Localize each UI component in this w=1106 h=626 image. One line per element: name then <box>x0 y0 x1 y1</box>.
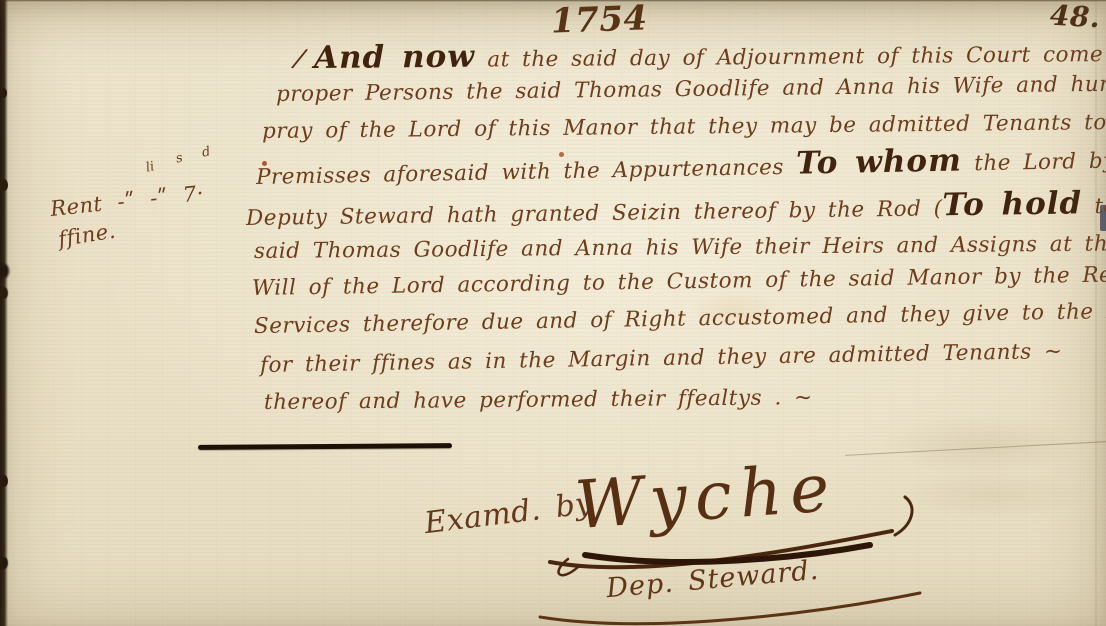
manuscript-page: { "page": { "year": "1754", "page_number… <box>0 0 1106 626</box>
ink-rule <box>198 443 452 450</box>
margin-currency-shillings: s <box>175 150 185 166</box>
line-text: pray of the Lord of this Manor that they… <box>262 109 1106 144</box>
manuscript-line: Deputy Steward hath granted Seizin there… <box>246 184 1106 233</box>
margin-rent-entry: Rent -ʺ -ʺ 7· <box>49 181 205 221</box>
year-heading: 1754 <box>550 0 648 42</box>
line-text: to the ~ <box>1082 193 1106 220</box>
line-text: Services therefore due and of Right accu… <box>254 298 1106 339</box>
margin-currency-pence: d <box>201 144 212 160</box>
rent-label: Rent <box>49 192 103 221</box>
margin-currency-pounds: li <box>145 159 156 175</box>
manuscript-line: thereof and have performed their ffealty… <box>264 385 813 415</box>
bleed-through-ghost <box>880 415 1090 475</box>
page-number: 48. <box>1049 0 1101 34</box>
emphasis-and-now: And now <box>314 39 475 76</box>
margin-fine-entry: ffine. <box>56 219 117 252</box>
manuscript-line: for their ffines as in the Margin and th… <box>260 339 1063 378</box>
manuscript-line: And now at the said day of Adjournment o… <box>314 32 1106 76</box>
line-text: Premisses aforesaid with the Appurtenanc… <box>256 155 797 190</box>
flourish-title-underline <box>540 593 920 624</box>
line-text: Will of the Lord according to the Custom… <box>252 261 1106 301</box>
bleed-through-ghost <box>900 470 1090 520</box>
flourish-heavy-stroke <box>585 545 870 562</box>
rent-value: -ʺ -ʺ 7· <box>116 181 205 214</box>
flourish-tail <box>895 497 912 535</box>
line-text: thereof and have performed their ffealty… <box>264 385 813 415</box>
line-text: at the said day of Adjournment of this C… <box>475 41 1106 73</box>
line-text: proper Persons the said Thomas Goodlife … <box>276 71 1106 107</box>
line-text: Deputy Steward hath granted Seizin there… <box>246 196 943 231</box>
manuscript-line: Will of the Lord according to the Custom… <box>252 261 1106 301</box>
signature-title: Dep. Steward. <box>605 555 820 604</box>
emphasis-to-hold: To hold <box>942 185 1082 223</box>
line-text: for their ffines as in the Margin and th… <box>260 339 1063 378</box>
line-text: the Lord by the said <box>962 146 1106 176</box>
paragraph-mark: / <box>292 43 307 74</box>
flourish-loop <box>559 559 578 575</box>
manuscript-line: said Thomas Goodlife and Anna his Wife t… <box>254 231 1106 264</box>
manuscript-line: proper Persons the said Thomas Goodlife … <box>276 71 1106 107</box>
examined-by-label: Examd. by <box>422 486 594 541</box>
paper-crease <box>845 441 1106 456</box>
manuscript-line: Services therefore due and of Right accu… <box>254 298 1106 339</box>
manuscript-line: pray of the Lord of this Manor that they… <box>262 109 1106 144</box>
line-text: said Thomas Goodlife and Anna his Wife t… <box>254 231 1106 264</box>
emphasis-to-whom: To whom <box>796 142 962 181</box>
signature-name: Wyche <box>573 449 840 544</box>
signature-block: Wyche <box>575 458 837 535</box>
manuscript-line: Premisses aforesaid with the Appurtenanc… <box>256 137 1106 192</box>
binding-edge <box>0 0 8 626</box>
